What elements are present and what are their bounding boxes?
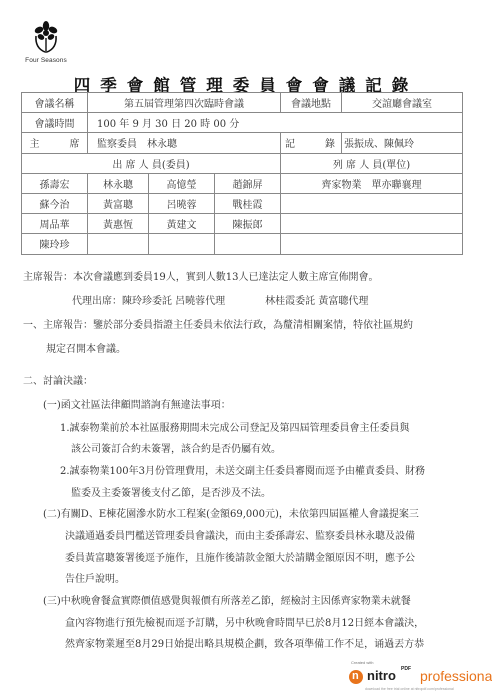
nitro-pdf-superscript: PDF xyxy=(401,666,411,672)
item-2-heading: 二、討論決議： xyxy=(23,372,93,387)
attendee xyxy=(88,234,149,254)
location-label: 會議地點 xyxy=(281,93,342,113)
orchid-flower-icon xyxy=(29,18,63,56)
sub-item-2-line-4: 告住戶說明。 xyxy=(65,570,125,585)
attendee: 呂曉蓉 xyxy=(149,193,215,213)
attendee xyxy=(149,234,215,254)
attendees-header: 出 席 人 員(委員) xyxy=(22,153,281,173)
observer: 齊家物業 單亦聯襄理 xyxy=(281,173,463,193)
sub-item-1-1-line-1: 1.誠泰物業前於本社區服務期間未完成公司登記及第四屆管理委員會主任委員與 xyxy=(60,419,410,434)
attendee: 黃富聰 xyxy=(88,193,149,213)
location-value: 交誼廳會議室 xyxy=(342,93,463,113)
sub-item-3-line-2: 盒內容物進行預先檢視而逕予訂購，另中秋晚會時間早已於8月12日經本會議決， xyxy=(65,614,424,629)
sub-item-3-line-1: (三)中秋晚會餐盒實際價值感覺與報價有所落差乙節，經檢討主因係齊家物業未就餐 xyxy=(43,592,411,607)
sub-item-1-2-line-2: 監委及主委簽署後支付乙節，是否涉及不法。 xyxy=(71,484,271,499)
sub-item-2-line-1: (二)有關D、E棟花園滲水防水工程案(金額69,000元)，未依第四屆區權人會議… xyxy=(43,505,419,520)
observer xyxy=(281,214,463,234)
attendee: 林永聰 xyxy=(88,173,149,193)
sub-item-1-1-line-2: 該公司簽訂合約未簽署，該合約是否仍屬有效。 xyxy=(71,440,281,455)
sub-item-3-line-3: 然齊家物業遲至8月29日始提出略具規模企劃，致各項準備工作不足，诵過丟方恭 xyxy=(65,635,424,650)
attendee: 孫壽宏 xyxy=(22,173,88,193)
logo-caption: Four Seasons xyxy=(18,57,74,64)
chair-value: 監察委員 林永聰 xyxy=(88,133,281,153)
download-note: download the free trial online at nitrop… xyxy=(365,687,454,691)
time-value: 100 年 9 月 30 日 20 時 00 分 xyxy=(88,113,463,133)
attendee: 戰桂霞 xyxy=(215,193,281,213)
meeting-name-value: 第五屆管理第四次臨時會議 xyxy=(88,93,281,113)
attendee xyxy=(215,234,281,254)
created-with-label: Created with xyxy=(351,660,373,665)
attendee: 周品華 xyxy=(22,214,88,234)
table-row: 周品華 黃惠恆 黃建文 陳振郎 xyxy=(22,214,463,234)
attendee: 趙錦屏 xyxy=(215,173,281,193)
time-label: 會議時間 xyxy=(22,113,88,133)
attendee: 蘇今治 xyxy=(22,193,88,213)
table-row: 陳玲珍 xyxy=(22,234,463,254)
item-1-line-1: 一、主席報告：鑒於部分委員指證主任委員未依法行政，為釐清相關案情，特依社區規約 xyxy=(23,316,413,331)
observers-header: 列 席 人 員(單位) xyxy=(281,153,463,173)
sub-item-2-line-2: 決議通過委員門檻送管理委員會議決，而由主委孫壽宏、監察委員林永聰及設備 xyxy=(65,527,415,542)
sub-item-1-2-line-1: 2.誠泰物業100年3月份管理費用，未送交副主任委員審閱而逕予由權責委員、財務 xyxy=(60,462,425,477)
attendee: 陳玲珍 xyxy=(22,234,88,254)
table-row: 主 席 監察委員 林永聰 記 錄 張振成、陳佩玲 xyxy=(22,133,463,153)
attendee: 黃建文 xyxy=(149,214,215,234)
attendee: 高憶瑩 xyxy=(149,173,215,193)
table-row: 會議名稱 第五屆管理第四次臨時會議 會議地點 交誼廳會議室 xyxy=(22,93,463,113)
nitro-brand: nitro xyxy=(367,668,396,683)
nitro-pdf-watermark: Created with n nitro PDF professional do… xyxy=(345,660,485,696)
sub-item-2-line-3: 委員黃富聰簽署後逕予施作，且施作後請款金額大於請購金額原因不明，應予公 xyxy=(65,549,415,564)
four-seasons-logo: Four Seasons xyxy=(18,18,74,68)
observer xyxy=(281,234,463,254)
observer xyxy=(281,193,463,213)
attendee: 陳振郎 xyxy=(215,214,281,234)
recorder-value: 張振成、陳佩玲 xyxy=(342,133,463,153)
attendee: 黃惠恆 xyxy=(88,214,149,234)
table-row: 孫壽宏 林永聰 高憶瑩 趙錦屏 齊家物業 單亦聯襄理 xyxy=(22,173,463,193)
nitro-logo-icon: n xyxy=(349,670,363,684)
chair-report: 主席報告：本次會議應到委員19人，實到人數13人已達法定人數主席宣佈開會。 xyxy=(23,268,378,283)
nitro-product: professional xyxy=(420,668,492,684)
table-row: 會議時間 100 年 9 月 30 日 20 時 00 分 xyxy=(22,113,463,133)
table-row: 出 席 人 員(委員) 列 席 人 員(單位) xyxy=(22,153,463,173)
meeting-info-table: 會議名稱 第五屆管理第四次臨時會議 會議地點 交誼廳會議室 會議時間 100 年… xyxy=(21,92,463,255)
table-row: 蘇今治 黃富聰 呂曉蓉 戰桂霞 xyxy=(22,193,463,213)
item-1-line-2: 規定召開本會議。 xyxy=(46,340,126,355)
proxy-attendance: 代理出席：陳玲珍委託 呂曉蓉代理 林桂霞委託 黃富聰代理 xyxy=(72,292,368,307)
recorder-label: 記 錄 xyxy=(281,133,342,153)
meeting-name-label: 會議名稱 xyxy=(22,93,88,113)
chair-label: 主 席 xyxy=(22,133,88,153)
sub-item-1: (一)函文社區法律顧問諮詢有無違法事項： xyxy=(43,396,231,411)
